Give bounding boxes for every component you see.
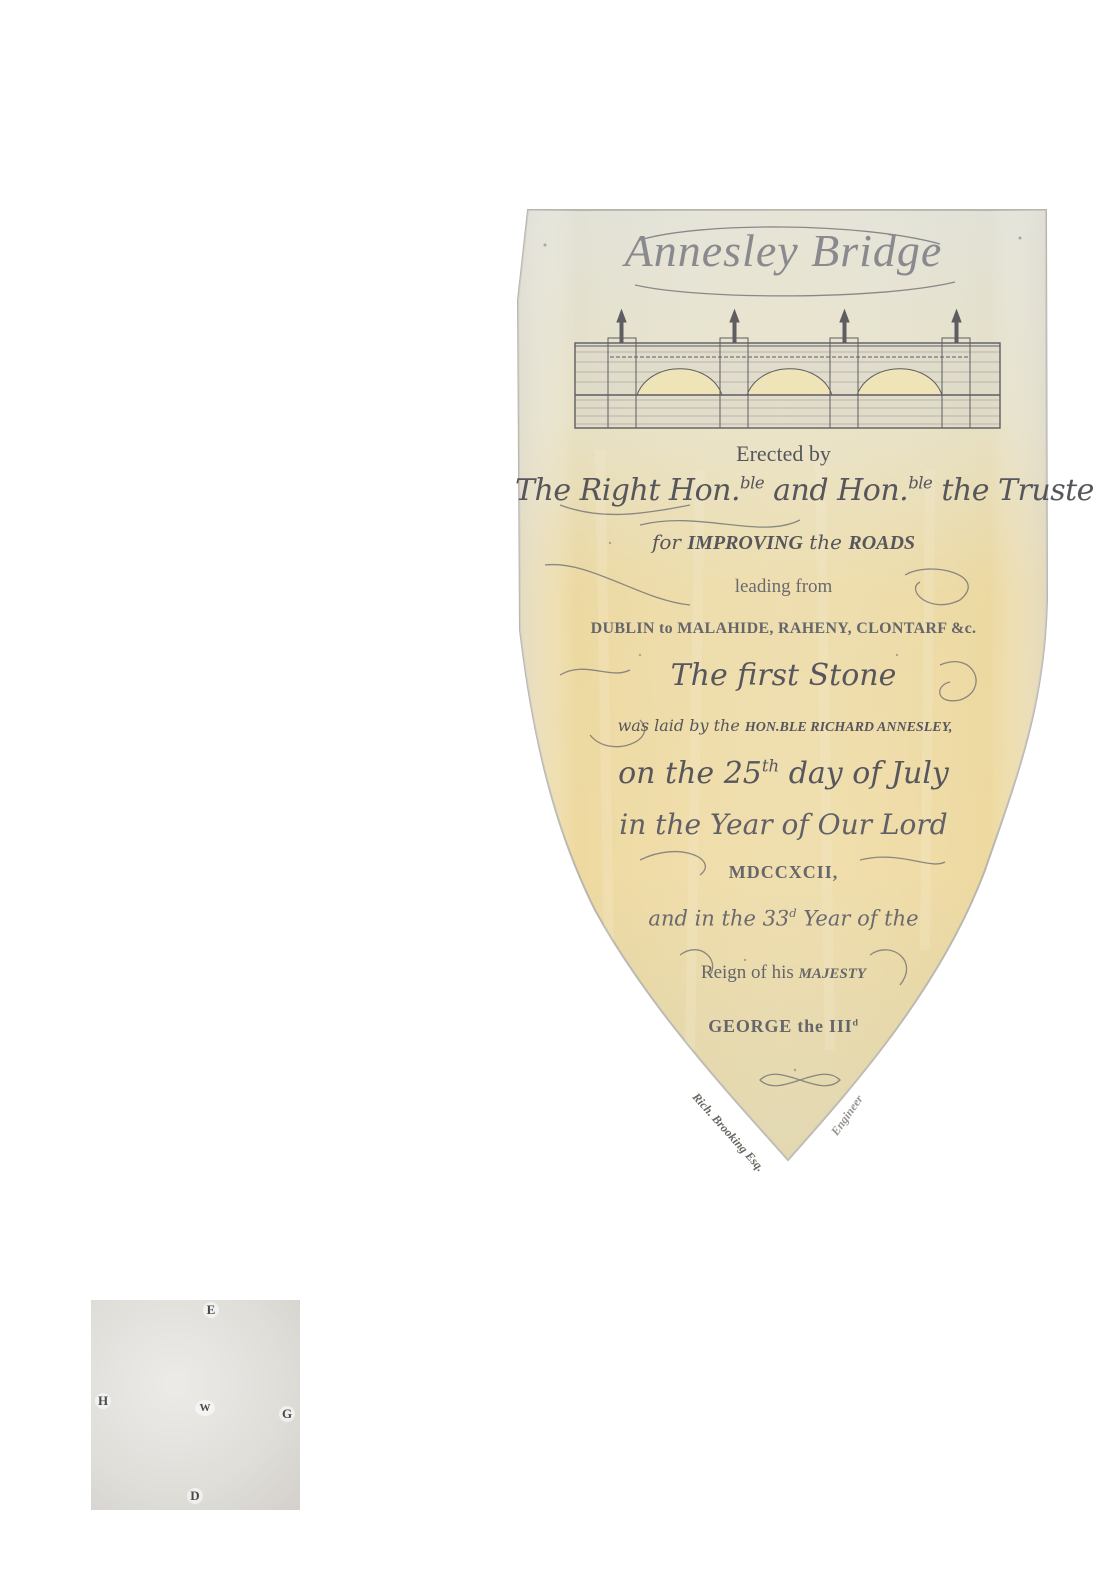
hallmark-date-letter: E xyxy=(203,1302,219,1318)
trustees-line: The Right Hon.ble and Hon.ble the Truste… xyxy=(515,473,1050,508)
date-line: on the 25th day of July xyxy=(520,756,1047,791)
laid-by-line: was laid by the HON.BLE RICHARD ANNESLEY… xyxy=(530,716,1040,736)
majesty-line: Reign of his MAJESTY xyxy=(520,962,1047,984)
leading-from-line: leading from xyxy=(520,576,1047,598)
hallmark-duty: D xyxy=(187,1488,203,1504)
first-stone-line: The first Stone xyxy=(520,658,1047,693)
hallmark-hibernia: G xyxy=(279,1406,295,1422)
king-line: GEORGE the IIId xyxy=(520,1016,1047,1037)
erected-by-line: Erected by xyxy=(520,441,1047,467)
year-of-lord-line: in the Year of Our Lord xyxy=(520,808,1047,841)
places-line: DUBLIN to MALAHIDE, RAHENY, CLONTARF &c. xyxy=(520,620,1047,638)
hallmark-maker: W xyxy=(195,1400,215,1416)
plaque-title: Annesley Bridge xyxy=(520,224,1047,277)
year-roman-line: MDCCXCII, xyxy=(520,862,1047,883)
improving-roads-line: for IMPROVING the ROADS xyxy=(520,530,1047,555)
hallmarks-detail-photo: E H W G D xyxy=(91,1300,300,1510)
reign-year-line: and in the 33d Year of the xyxy=(520,906,1047,930)
hallmark-harp: H xyxy=(95,1393,111,1409)
